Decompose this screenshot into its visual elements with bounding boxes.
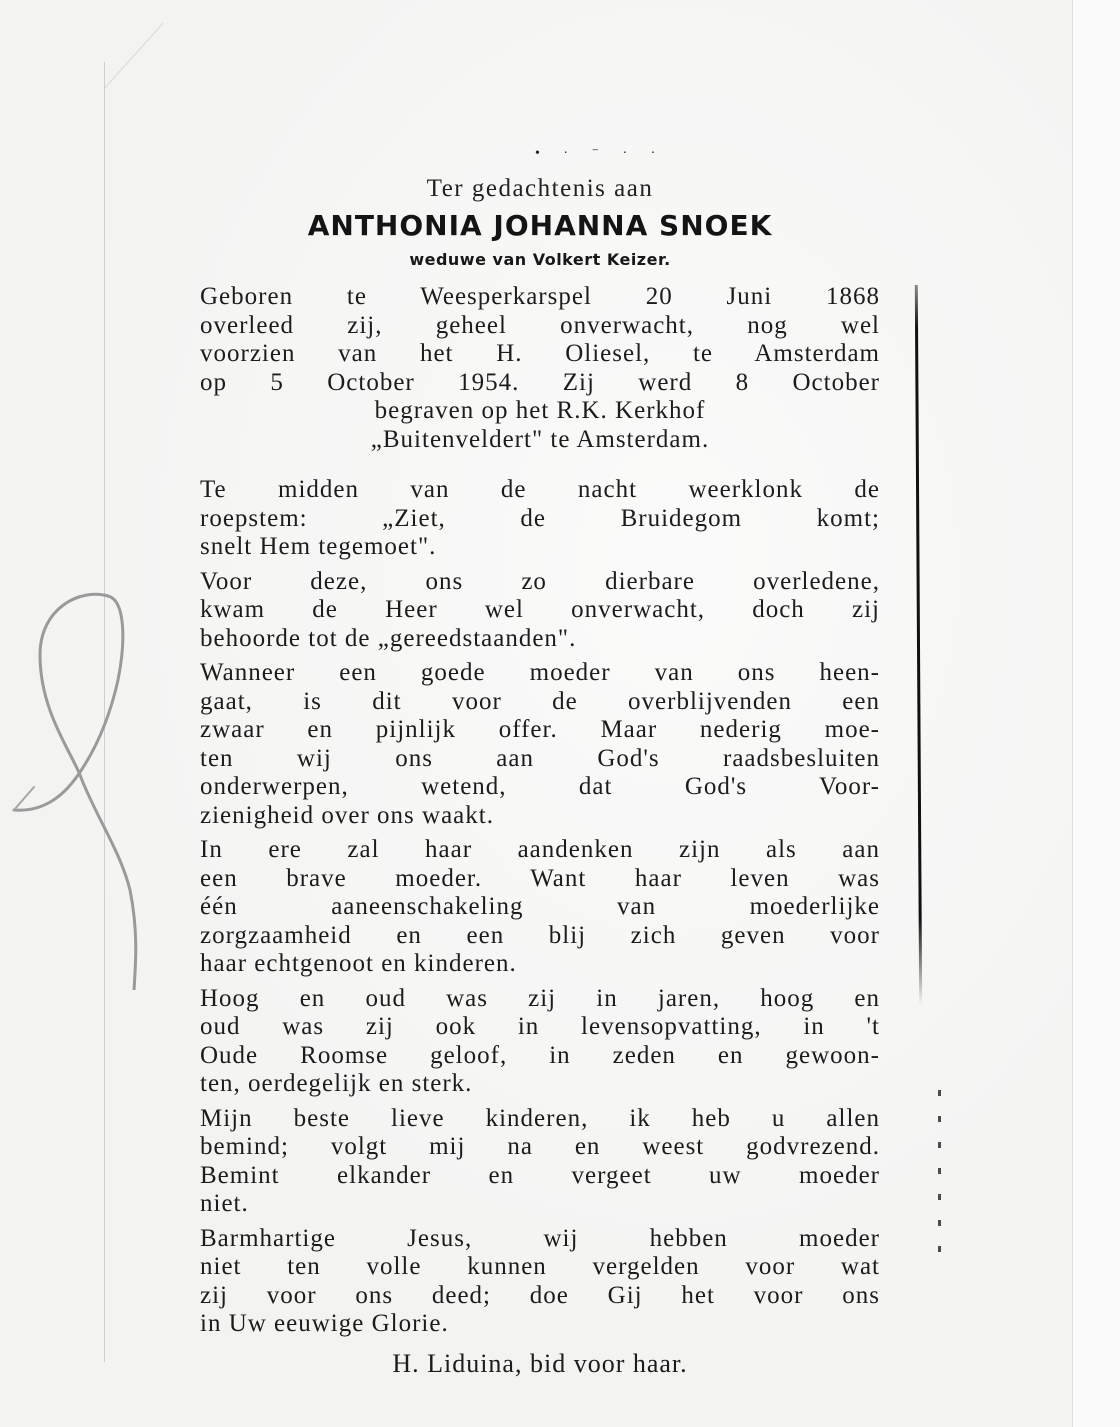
paragraph-good-mother: Wanneer een goede moeder van ons heen- g… [200, 659, 880, 830]
paragraph-unexpected: Voor deze, ons zo dierbare overledene, k… [200, 568, 880, 654]
text-line: Mijn beste lieve kinderen, ik heb u alle… [200, 1105, 880, 1134]
text-line: kwam de Heer wel onverwacht, doch zij [200, 596, 880, 625]
text-line: één aaneenschakeling van moederlijke [200, 893, 880, 922]
text-line: zij voor ons deed; doe Gij het voor ons [200, 1282, 880, 1311]
text-line: zienigheid over ons waakt. [200, 802, 880, 831]
bio-line: Geboren te Weesperkarspel 20 Juni 1868 [200, 283, 880, 312]
memorial-card: Ter gedachtenis aan ANTHONIA JOHANNA SNO… [200, 175, 880, 1379]
text-line: zorgzaamheid en een blij zich geven voor [200, 922, 880, 951]
text-line: Te midden van de nacht weerklonk de [200, 476, 880, 505]
deceased-name: ANTHONIA JOHANNA SNOEK [200, 209, 880, 242]
paragraph-old-age: Hoog en oud was zij in jaren, hoog en ou… [200, 985, 880, 1099]
text-line: onderwerpen, wetend, dat God's Voor- [200, 773, 880, 802]
text-line: Bemint elkander en vergeet uw moeder [200, 1162, 880, 1191]
text-line: Voor deze, ons zo dierbare overledene, [200, 568, 880, 597]
bio-line: voorzien van het H. Oliesel, te Amsterda… [200, 340, 880, 369]
text-line: snelt Hem tegemoet". [200, 533, 880, 562]
bio-line: overleed zij, geheel onverwacht, nog wel [200, 312, 880, 341]
text-line: Barmhartige Jesus, wij hebben moeder [200, 1225, 880, 1254]
bio-line: „Buitenveldert" te Amsterdam. [200, 426, 880, 455]
card-intro: Ter gedachtenis aan [200, 175, 880, 203]
text-line: Wanneer een goede moeder van ons heen- [200, 659, 880, 688]
bio-line: begraven op het R.K. Kerkhof [200, 397, 880, 426]
bio-line: op 5 October 1954. Zij werd 8 October [200, 369, 880, 398]
text-line: Oude Roomse geloof, in zeden en gewoon- [200, 1042, 880, 1071]
text-line: in Uw eeuwige Glorie. [200, 1310, 880, 1339]
paragraph-bridegroom: Te midden van de nacht weerklonk de roep… [200, 476, 880, 562]
paragraph-prayer: Barmhartige Jesus, wij hebben moeder nie… [200, 1225, 880, 1339]
text-line: roepstem: „Ziet, de Bruidegom komt; [200, 505, 880, 534]
text-line: ten wij ons aan God's raadsbesluiten [200, 745, 880, 774]
text-line: niet ten volle kunnen vergelden voor wat [200, 1253, 880, 1282]
ink-specks: • · ⁻ · · [535, 145, 665, 162]
text-line: gaat, is dit voor de overblijvenden een [200, 688, 880, 717]
right-column-rule-broken [938, 1090, 941, 1270]
text-line: In ere zal haar aandenken zijn als aan [200, 836, 880, 865]
closing-invocation: H. Liduina, bid voor haar. [200, 1349, 880, 1379]
pencil-flourish-icon [0, 560, 160, 990]
text-line: oud was zij ook in levensopvatting, in '… [200, 1013, 880, 1042]
scanner-edge-strip [1072, 0, 1120, 1427]
biography: Geboren te Weesperkarspel 20 Juni 1868 o… [200, 283, 880, 454]
text-line: zwaar en pijnlijk offer. Maar nederig mo… [200, 716, 880, 745]
text-line: bemind; volgt mij na en weest godvrezend… [200, 1133, 880, 1162]
text-line: niet. [200, 1190, 880, 1219]
paragraph-remembrance: In ere zal haar aandenken zijn als aan e… [200, 836, 880, 979]
text-line: haar echtgenoot en kinderen. [200, 950, 880, 979]
widow-of-line: weduwe van Volkert Keizer. [200, 250, 880, 269]
text-line: Hoog en oud was zij in jaren, hoog en [200, 985, 880, 1014]
paragraph-children: Mijn beste lieve kinderen, ik heb u alle… [200, 1105, 880, 1219]
text-line: ten, oerdegelijk en sterk. [200, 1070, 880, 1099]
text-line: behoorde tot de „gereedstaanden". [200, 625, 880, 654]
text-line: een brave moeder. Want haar leven was [200, 865, 880, 894]
